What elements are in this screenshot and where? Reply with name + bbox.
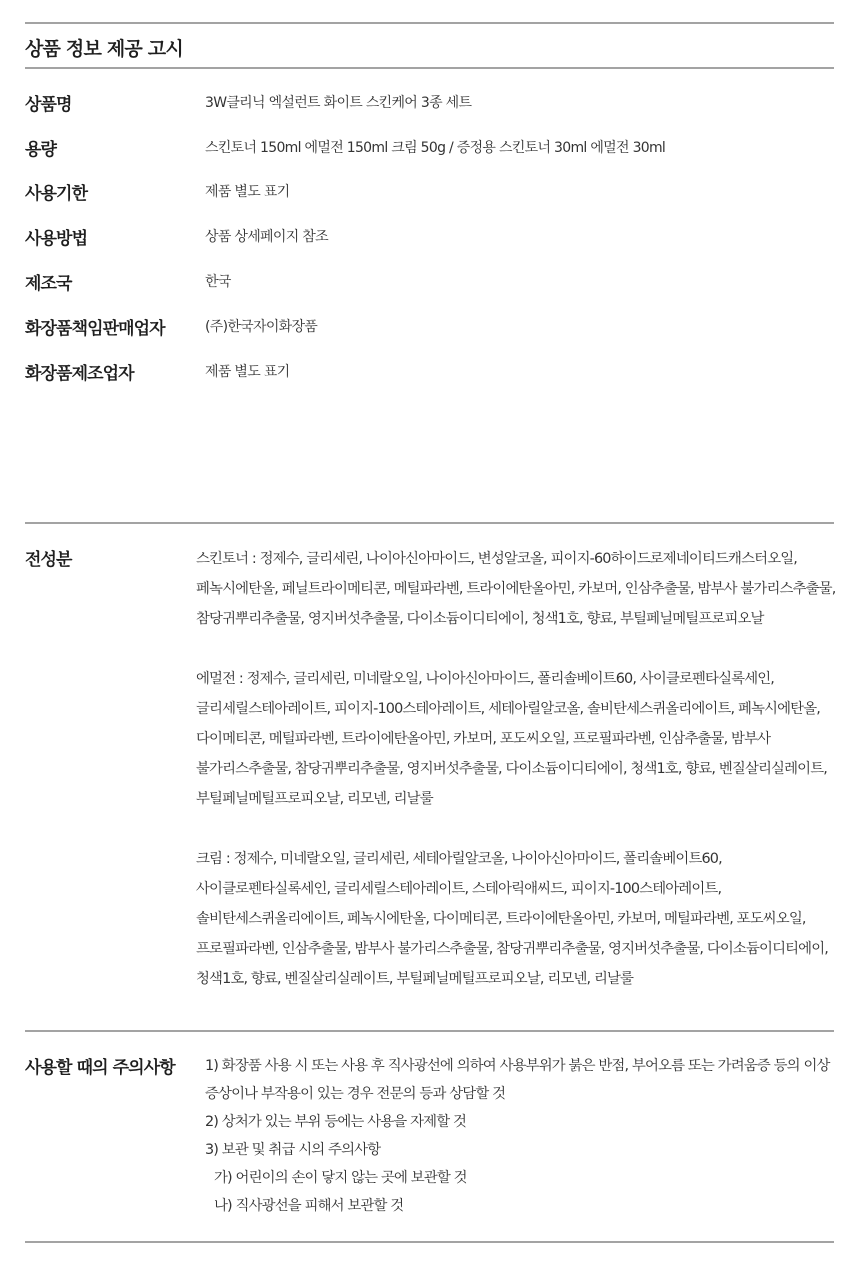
bottom-divider xyxy=(25,1241,834,1243)
info-value: 상품 상세페이지 참조 xyxy=(205,226,328,246)
ingredient-emulsion: 에멀전 : 정제수, 글리세린, 미네랄오일, 나이아신아마이드, 폴리솔베이트… xyxy=(196,664,836,814)
info-label: 용량 xyxy=(25,135,56,160)
info-value: 제품 별도 표기 xyxy=(205,361,289,381)
caution-item: 2) 상처가 있는 부위 등에는 사용을 자제할 것 xyxy=(205,1108,835,1136)
caution-item: 1) 화장품 사용 시 또는 사용 후 직사광선에 의하여 사용부위가 붉은 반… xyxy=(205,1052,835,1108)
info-value: (주)한국자이화장품 xyxy=(205,316,317,336)
title-divider xyxy=(25,67,834,69)
info-label: 사용기한 xyxy=(25,179,87,204)
info-label: 사용방법 xyxy=(25,224,87,249)
info-label: 화장품제조업자 xyxy=(25,359,134,384)
ingredients-list: 스킨토너 : 정제수, 글리세린, 나이아신아마이드, 변성알코올, 피이지-6… xyxy=(196,544,836,994)
caution-subitem: 가) 어린이의 손이 닿지 않는 곳에 보관할 것 xyxy=(205,1164,835,1192)
info-label: 화장품책임판매업자 xyxy=(25,314,165,339)
cautions-list: 1) 화장품 사용 시 또는 사용 후 직사광선에 의하여 사용부위가 붉은 반… xyxy=(205,1052,835,1220)
caution-item: 3) 보관 및 취급 시의 주의사항 xyxy=(205,1136,835,1164)
info-value: 스킨토너 150ml 에멀전 150ml 크림 50g / 증정용 스킨토너 3… xyxy=(205,137,665,157)
cautions-divider xyxy=(25,1030,834,1032)
info-label: 제조국 xyxy=(25,269,72,294)
ingredient-cream: 크림 : 정제수, 미네랄오일, 글리세린, 세테아릴알코올, 나이아신아마이드… xyxy=(196,844,836,994)
info-value: 제품 별도 표기 xyxy=(205,181,289,201)
info-row-usage: 사용방법 상품 상세페이지 참조 xyxy=(25,224,835,248)
top-divider xyxy=(25,22,834,24)
info-row-manufacturer: 화장품제조업자 제품 별도 표기 xyxy=(25,359,835,383)
info-row-product-name: 상품명 3W클리닉 엑설런트 화이트 스킨케어 3종 세트 xyxy=(25,90,835,114)
ingredients-divider xyxy=(25,522,834,524)
info-label: 상품명 xyxy=(25,90,72,115)
info-row-expiry: 사용기한 제품 별도 표기 xyxy=(25,179,835,203)
info-value: 3W클리닉 엑설런트 화이트 스킨케어 3종 세트 xyxy=(205,92,471,112)
info-value: 한국 xyxy=(205,271,231,291)
ingredient-skin-toner: 스킨토너 : 정제수, 글리세린, 나이아신아마이드, 변성알코올, 피이지-6… xyxy=(196,544,836,634)
cautions-label: 사용할 때의 주의사항 xyxy=(25,1053,175,1078)
page-title: 상품 정보 제공 고시 xyxy=(25,34,183,61)
ingredients-label: 전성분 xyxy=(25,545,72,570)
info-row-seller: 화장품책임판매업자 (주)한국자이화장품 xyxy=(25,314,835,338)
caution-subitem: 나) 직사광선을 피해서 보관할 것 xyxy=(205,1192,835,1220)
info-row-capacity: 용량 스킨토너 150ml 에멀전 150ml 크림 50g / 증정용 스킨토… xyxy=(25,135,835,159)
info-row-country: 제조국 한국 xyxy=(25,269,835,293)
